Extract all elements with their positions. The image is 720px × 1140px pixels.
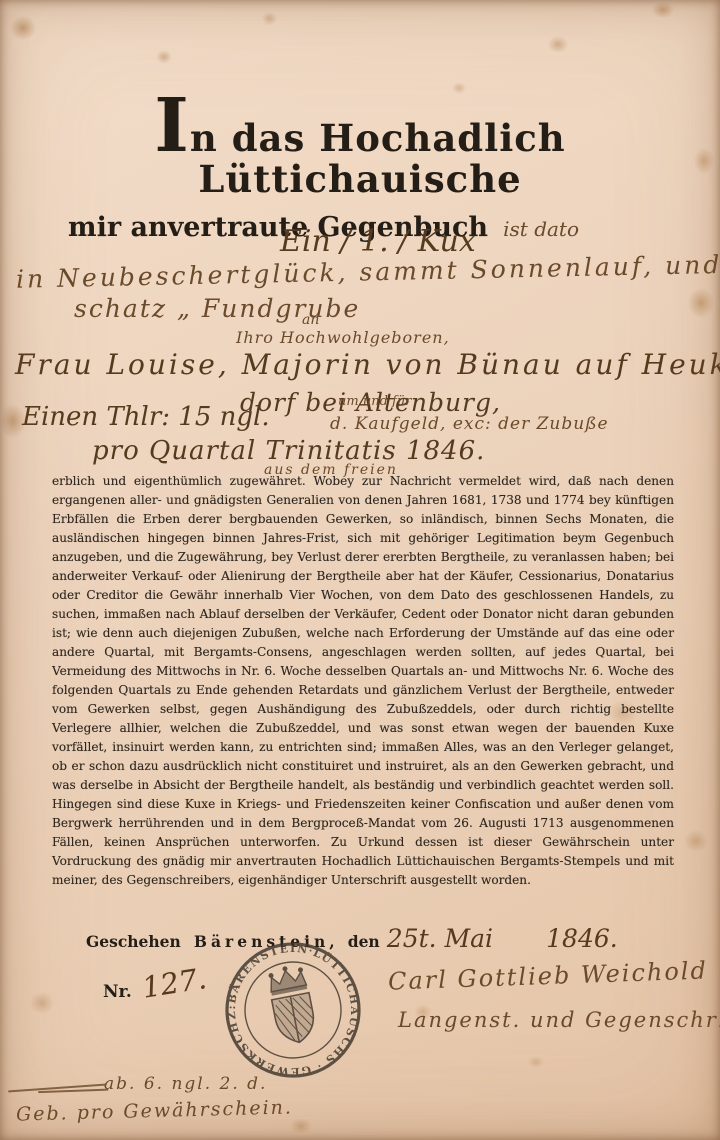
foxing-stain	[684, 830, 708, 852]
foxing-stain	[688, 288, 714, 318]
foxing-stain	[156, 50, 172, 64]
foxing-stain	[548, 36, 568, 53]
gewerkschaft-seal-stamp: Z:BÄRENSTEIN⸱LÜTTICHAUSCHS ⸱ GEWERKSCH:S…	[209, 926, 378, 1095]
foxing-stain	[10, 16, 36, 40]
document-title: In das Hochadlich Lüttichauische	[0, 118, 720, 199]
fee-note-line1: ab. 6. ngl. 2. d.	[104, 1074, 267, 1094]
handwritten-date: 25t. Mai	[387, 924, 493, 953]
handwritten-kux-count: Ein / 1. / Kux	[280, 224, 476, 259]
foxing-stain	[528, 1056, 544, 1068]
handwritten-an: an	[302, 312, 319, 328]
legal-body-paragraph: erblich und eigenthümlich zugewähret. Wo…	[52, 472, 674, 890]
seal-shield-icon	[272, 993, 318, 1046]
foxing-stain	[452, 82, 466, 94]
handwritten-um-und-fuer: um und für	[338, 394, 411, 409]
foxing-stain	[30, 992, 54, 1014]
seal-crown-icon	[267, 963, 307, 995]
handwritten-year: 1846.	[546, 924, 618, 953]
handwritten-ist-dato: ist dato	[503, 217, 579, 241]
signature-name: Carl Gottlieb Weichold	[388, 956, 709, 995]
signature-title: Langenst. und Gegenschr:	[398, 1008, 720, 1032]
handwritten-honorific: Ihro Hochwohlgeboren,	[236, 328, 450, 347]
execution-word-geschehen: Geschehen	[86, 932, 181, 951]
pen-stroke	[8, 1084, 106, 1093]
foxing-stain	[262, 12, 277, 25]
foxing-stain	[652, 2, 674, 18]
handwritten-owner-line1: Frau Louise, Majorin von Bünau auf Heuke…	[15, 348, 720, 381]
fee-note-line2: Geb. pro Gewährschein.	[16, 1096, 293, 1125]
handwritten-kaufgeld: d. Kaufgeld, exc: der Zubuße	[330, 414, 609, 434]
number-value: 127.	[140, 961, 209, 1005]
document-page: In das Hochadlich Lüttichauische mir anv…	[0, 0, 720, 1140]
number-label: Nr.	[103, 982, 132, 1002]
foxing-stain	[290, 1118, 312, 1134]
handwritten-price: Einen Thlr: 15 ngl.	[22, 402, 270, 432]
